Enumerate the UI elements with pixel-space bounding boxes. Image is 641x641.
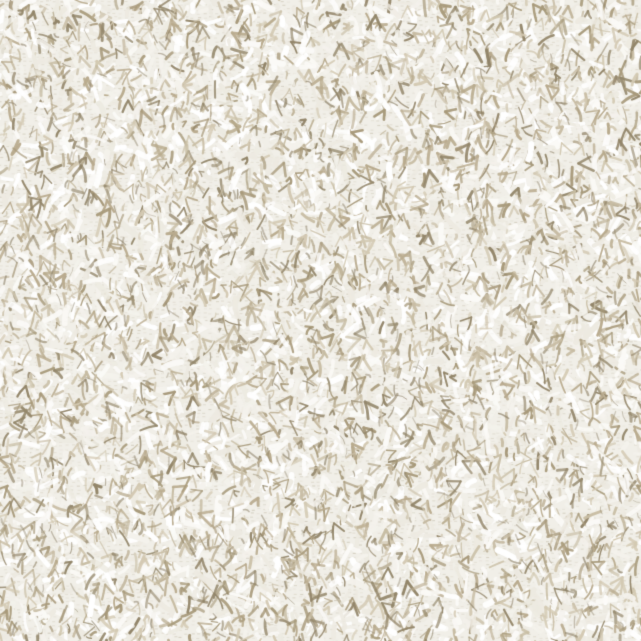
fabric-photo (0, 0, 641, 641)
fabric-texture-image (0, 0, 641, 641)
